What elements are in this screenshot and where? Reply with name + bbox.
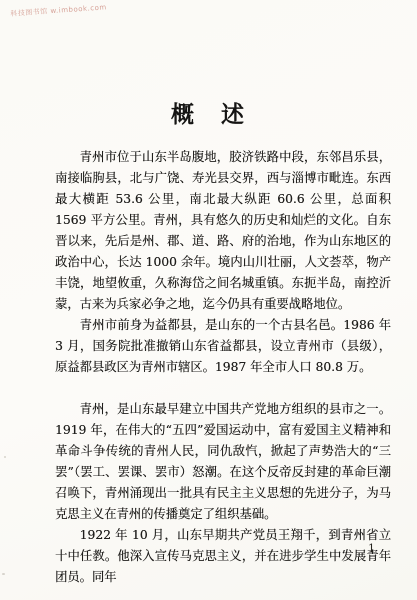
scanned-book-page: 科技图书馆 w.imbook.com 概 述 青州市位于山东半岛腹地，胶济铁路中… xyxy=(0,0,417,600)
library-watermark: 科技图书馆 w.imbook.com xyxy=(10,2,107,19)
scan-speck xyxy=(4,456,6,458)
paragraph-city-founding: 青州市前身为益都县，是山东的一个古县名邑。1986 年 3 月，国务院批准撤销山… xyxy=(55,315,391,378)
paragraph-geography: 青州市位于山东半岛腹地，胶济铁路中段，东邻昌乐县，南接临朐县，北与广饶、寿光县交… xyxy=(55,147,391,315)
paragraph-party-history: 青州，是山东最早建立中国共产党地方组织的县市之一。1919 年，在伟大的“五四”… xyxy=(55,399,391,525)
page-number: 1 xyxy=(368,542,375,555)
chapter-title: 概 述 xyxy=(0,96,417,129)
scan-speck xyxy=(2,573,5,575)
paragraph-1922: 1922 年 10 月，山东早期共产党员王翔千，到青州省立十中任教。他深入宣传马… xyxy=(55,525,391,588)
body-text: 青州市位于山东半岛腹地，胶济铁路中段，东邻昌乐县，南接临朐县，北与广饶、寿光县交… xyxy=(55,147,391,588)
